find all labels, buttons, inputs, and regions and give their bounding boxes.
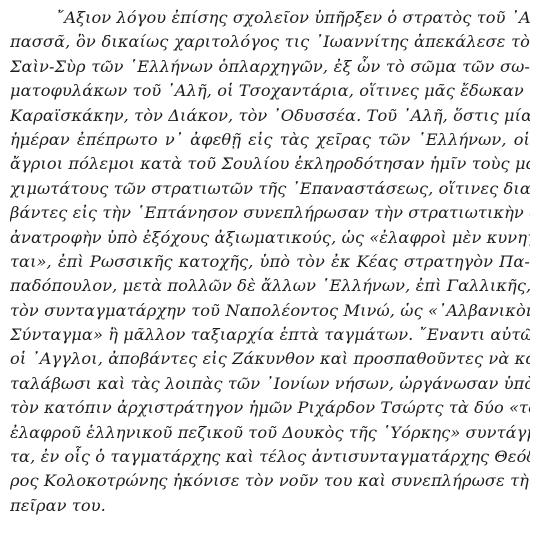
text-line: ἄγριοι πόλεμοι κατὰ τοῦ Σουλίου ἐκληροδό… [10, 152, 530, 176]
text-line: ἡμέραν ἐπέπρωτο ν᾿ ἀφεθῇ εἰς τὰς χεῖρας … [10, 128, 530, 152]
text-line: ἐλαφροῦ ἑλληνικοῦ πεζικοῦ τοῦ Δουκὸς τῆς… [10, 421, 530, 445]
text-line: βάντες εἰς τὴν ῾Επτάνησον συνεπλήρωσαν τ… [10, 201, 530, 225]
text-line: Σύνταγμα» ἢ μᾶλλον ταξιαρχία ἑπτὰ ταγμάτ… [10, 323, 530, 347]
text-line: ταλάβωσι καὶ τὰς λοιπὰς τῶν ᾿Ιονίων νήσω… [10, 372, 530, 396]
text-line: τὸν κατόπιν ἀρχιστράτηγον ἡμῶν Ριχάρδον … [10, 396, 530, 420]
text-line: τὸν συνταγματάρχην τοῦ Ναπολέοντος Μινώ,… [10, 299, 530, 323]
text-line: ῎Αξιον λόγου ἐπίσης σχολεῖον ὑπῆρξεν ὁ σ… [10, 6, 530, 30]
document-page: ῎Αξιον λόγου ἐπίσης σχολεῖον ὑπῆρξεν ὁ σ… [10, 6, 530, 518]
text-line: ἀνατροφὴν ὑπὸ ἐξόχους ἀξιωματικούς, ὡς «… [10, 226, 530, 250]
text-line: πασσᾶ, ὃν δικαίως χαριτολόγος τις ᾿Ιωανν… [10, 30, 530, 54]
text-line: Σαὶν-Σὺρ τῶν ῾Ελλήνων ὁπλαρχηγῶν, ἐξ ὧν … [10, 55, 530, 79]
text-line: ται», ἐπὶ Ρωσσικῆς κατοχῆς, ὑπὸ τὸν ἐκ Κ… [10, 250, 530, 274]
paragraph: ῎Αξιον λόγου ἐπίσης σχολεῖον ὑπῆρξεν ὁ σ… [10, 6, 530, 518]
text-line: χιμωτάτους τῶν στρατιωτῶν τῆς ᾿Επαναστάσ… [10, 177, 530, 201]
text-line: Καραϊσκάκην, τὸν Διάκον, τὸν ᾿Οδυσσέα. Τ… [10, 104, 530, 128]
text-line: ρος Κολοκοτρώνης ἠκόνισε τὸν νοῦν του κα… [10, 469, 530, 493]
text-line: παδόπουλον, μετὰ πολλῶν δὲ ἄλλων ῾Ελλήνω… [10, 274, 530, 298]
text-line: πεῖραν του. [10, 494, 530, 518]
text-line: τα, ἐν οἷς ὁ ταγματάρχης καὶ τέλος ἀντισ… [10, 445, 530, 469]
text-line: οἱ ᾿Αγγλοι, ἀποβάντες εἰς Ζάκυνθον καὶ π… [10, 347, 530, 371]
text-line: ματοφυλάκων τοῦ ᾿Αλῆ, οἱ Τσοχαντάρια, οἵ… [10, 79, 530, 103]
